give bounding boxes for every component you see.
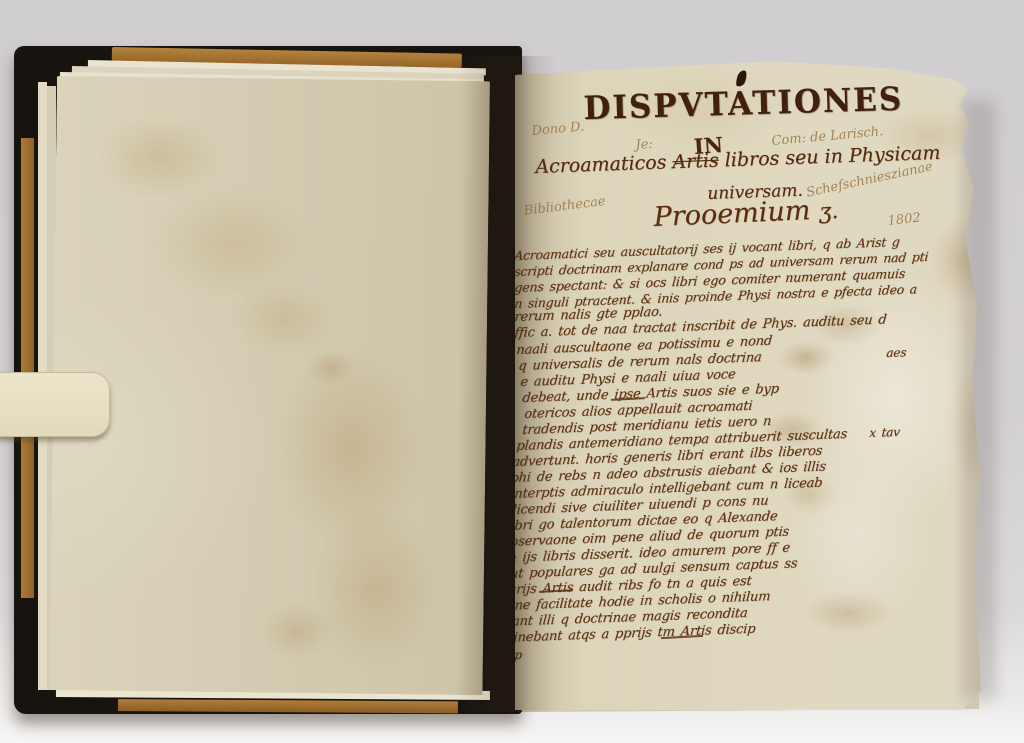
left-page-blank xyxy=(49,76,489,695)
section-flourish: ʒ. xyxy=(818,199,838,225)
annotation-donation2: Je: xyxy=(635,137,653,153)
text-fragment: x tav xyxy=(869,425,901,440)
board-edge-left xyxy=(21,138,34,598)
section-heading-word: Prooemium xyxy=(653,195,811,233)
board-edge-bottom xyxy=(118,699,458,713)
annotation-donation: Dono D. xyxy=(531,119,585,139)
bookmark-tab xyxy=(0,372,110,437)
heading-pre: Acroamaticos xyxy=(535,151,673,178)
page-side-shadow xyxy=(962,100,996,700)
photo-of-open-manuscript-book: DISPVTATIONES IN Dono D. Je: Com: de Lar… xyxy=(0,0,1024,743)
heading-struck-word: Artis xyxy=(672,150,719,174)
annotation-library: Bibliothecae xyxy=(523,194,606,219)
text-fragment: aes xyxy=(886,345,907,360)
right-page-manuscript: DISPVTATIONES IN Dono D. Je: Com: de Lar… xyxy=(515,58,985,710)
annotation-year: 1802 xyxy=(887,211,921,229)
manuscript-title: DISPVTATIONES xyxy=(583,81,904,128)
text-fragment: p xyxy=(514,648,523,662)
